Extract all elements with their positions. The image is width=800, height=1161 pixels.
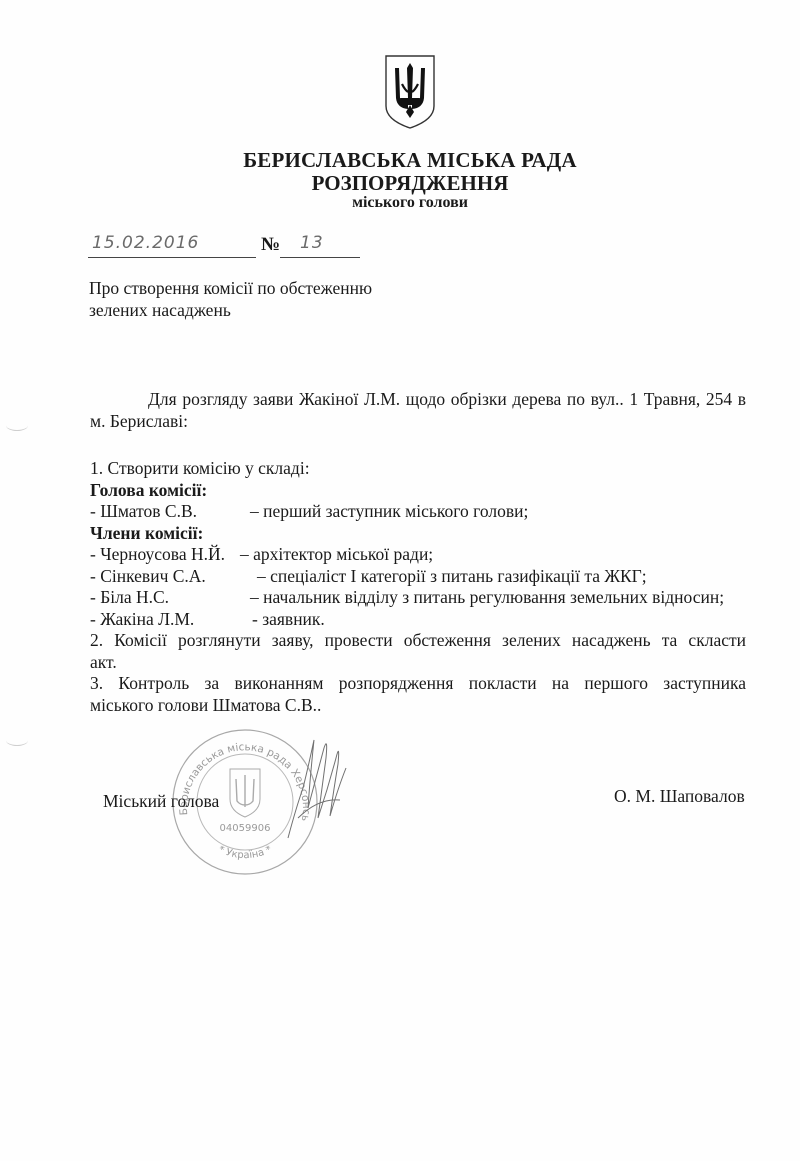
document-issuer: міського голови [0,194,800,212]
intro-text: Для розгляду заяви Жакіної Л.М. щодо обр… [90,389,746,431]
date-field: 15.02.2016 [88,233,256,258]
member-role: – архітектор міської ради; [240,544,433,566]
order-items: 1. Створити комісію у складі: Голова ком… [90,458,746,716]
item-2: 2. Комісії розглянути заяву, провести об… [90,630,746,652]
member-name: - Шматов С.В. [90,501,197,523]
number-label: № [261,234,280,256]
chair-heading: Голова комісії: [90,480,746,502]
member-role: – начальник відділу з питань регулювання… [250,587,724,609]
member-entry: - Сінкевич С.А. – спеціаліст І категорії… [90,566,746,588]
stamp-code: 04059906 [220,823,271,834]
organization-name: БЕРИСЛАВСЬКА МІСЬКА РАДА [0,148,800,173]
signatory-title: Міський голова [103,791,219,812]
document-page: БЕРИСЛАВСЬКА МІСЬКА РАДА РОЗПОРЯДЖЕННЯ м… [0,0,800,1161]
document-type: РОЗПОРЯДЖЕННЯ [0,171,800,196]
stamp-bottom-text: * Україна * [216,844,273,861]
subject-line: Про створення комісії по обстеженню [89,277,372,299]
member-role: - заявник. [252,609,325,631]
number-field: 13 [280,233,360,258]
punch-hole-mark [6,735,28,746]
member-entry: - Жакіна Л.М. - заявник. [90,609,746,631]
svg-text:* Україна *: * Україна * [216,844,273,861]
member-entry: - Біла Н.С. – начальник відділу з питань… [90,587,746,609]
document-subject: Про створення комісії по обстеженню зеле… [89,277,372,321]
member-name: - Сінкевич С.А. [90,566,206,588]
subject-line: зелених насаджень [89,299,372,321]
member-role: – перший заступник міського голови; [250,501,528,523]
item-3: 3. Контроль за виконанням розпорядження … [90,673,746,695]
item-2-continuation: акт. [90,652,746,674]
intro-paragraph: Для розгляду заяви Жакіної Л.М. щодо обр… [90,389,746,432]
member-name: - Черноусова Н.Й. [90,544,225,566]
item-3-continuation: міського голови Шматова С.В.. [90,695,746,717]
coat-of-arms-icon [384,54,436,130]
chair-entry: - Шматов С.В. – перший заступник міськог… [90,501,746,523]
member-name: - Жакіна Л.М. [90,609,194,631]
handwritten-date: 15.02.2016 [92,233,199,253]
item-1: 1. Створити комісію у складі: [90,458,746,480]
member-name: - Біла Н.С. [90,587,169,609]
punch-hole-mark [6,420,28,431]
signatory-name: О. М. Шаповалов [614,786,745,807]
handwritten-number: 13 [300,233,324,253]
member-role: – спеціаліст І категорії з питань газифі… [257,566,647,588]
member-entry: - Черноусова Н.Й. – архітектор міської р… [90,544,746,566]
members-heading: Члени комісії: [90,523,746,545]
handwritten-signature [278,728,358,848]
